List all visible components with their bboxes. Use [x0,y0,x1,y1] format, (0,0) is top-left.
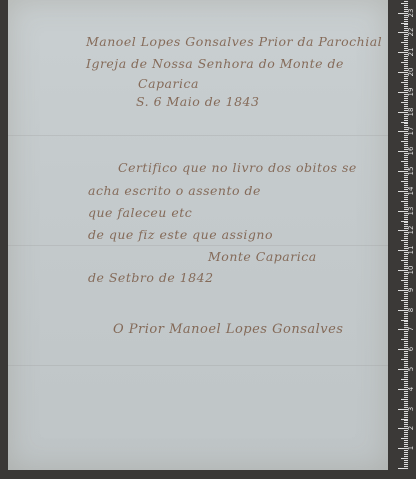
ruler-tick [398,468,408,469]
ruler-tick [404,58,408,59]
ruler-tick [404,361,408,362]
ruler-label: 9 [407,285,415,295]
ruler-tick [404,395,408,396]
ruler-tick [401,399,408,400]
ruler-tick [404,466,408,467]
ruler-tick [401,320,408,321]
ruler-label: 2 [407,423,415,433]
ruler-label: 17 [407,126,415,136]
ruler-tick [401,300,408,301]
ruler-tick [401,102,408,103]
ruler-tick [404,44,408,45]
ruler-label: 4 [407,384,415,394]
ruler-label: 8 [407,305,415,315]
ruler-tick [404,357,408,358]
ruler-tick [401,3,408,4]
ruler-label: 3 [407,404,415,414]
ruler-tick [401,181,408,182]
ruler-tick [404,298,408,299]
ruler-tick [404,316,408,317]
ruler-label: 11 [407,245,415,255]
ruler-label: 1 [407,443,415,453]
ruler-label: 13 [407,206,415,216]
body-line: Monte Caparica [208,249,317,264]
ruler-tick [404,64,408,65]
ruler-tick [404,104,408,105]
ruler-tick [404,397,408,398]
ruler-tick [404,197,408,198]
ruler-tick [404,120,408,121]
ruler-label: 5 [407,364,415,374]
ruler-tick [404,98,408,99]
body-line: acha escrito o assento de [88,183,261,198]
ruler-tick [404,282,408,283]
ruler-tick [404,462,408,463]
header-line: Igreja de Nossa Senhora do Monte de [86,56,344,71]
ruler-tick [401,23,408,24]
ruler-tick [401,161,408,162]
ruler-label: 20 [407,67,415,77]
ruler-label: 19 [407,87,415,97]
ruler-tick [401,339,408,340]
ruler-tick [404,242,408,243]
body-line: de Setbro de 1842 [88,270,214,285]
ruler-label: 21 [407,47,415,57]
ruler-label: 15 [407,166,415,176]
ruler-tick [401,260,408,261]
ruler-tick [404,238,408,239]
ruler-label: 10 [407,265,415,275]
ruler-tick [404,401,408,402]
ruler-tick [404,19,408,20]
ruler-tick [404,84,408,85]
fold-line [8,135,388,136]
ruler-label: 14 [407,186,415,196]
ruler-tick [401,458,408,459]
signature: O Prior Manoel Lopes Gonsalves [113,322,343,337]
ruler-tick [404,217,408,218]
ruler-tick [404,222,408,223]
ruler-tick [404,219,408,220]
ruler-tick [404,341,408,342]
ruler-tick [404,177,408,178]
ruler-tick [401,201,408,202]
ruler-tick [404,318,408,319]
ruler-tick [404,262,408,263]
ruler-tick [404,420,408,421]
ruler-tick [404,296,408,297]
ruler-label: 18 [407,107,415,117]
ruler-tick [401,82,408,83]
ruler-tick [404,258,408,259]
ruler-tick [401,438,408,439]
ruler-tick [401,62,408,63]
ruler-tick [404,100,408,101]
ruler-tick [404,434,408,435]
header-line: Manoel Lopes Gonsalves Prior da Parochia… [86,34,382,49]
ruler-tick [404,137,408,138]
body-line: de que fiz este que assigno [88,227,273,242]
ruler-label: 22 [407,27,415,37]
ruler-tick [404,118,408,119]
ruler-tick [404,276,408,277]
ruler-tick [401,280,408,281]
ruler-tick [404,417,408,418]
manuscript-page: Manoel Lopes Gonsalves Prior da Parochia… [8,0,388,470]
ruler-tick [404,159,408,160]
ruler-tick [404,236,408,237]
header-line: Caparica [138,76,199,91]
ruler-tick [404,139,408,140]
ruler-tick [404,183,408,184]
ruler-tick [404,375,408,376]
body-line: que faleceu etc [88,205,192,220]
ruler-tick [404,78,408,79]
fold-line [8,245,388,246]
ruler-tick [404,321,408,322]
ruler-tick [404,38,408,39]
ruler-tick [404,456,408,457]
ruler-label: 12 [407,225,415,235]
ruler-label: 6 [407,344,415,354]
ruler-label: 23 [407,8,415,18]
ruler-tick [401,141,408,142]
ruler-tick [404,157,408,158]
ruler-tick [404,302,408,303]
measurement-ruler: 1234567891011121314151617181920212223 [390,0,416,479]
ruler-tick [404,337,408,338]
ruler-tick [404,60,408,61]
ruler-tick [404,278,408,279]
ruler-tick [404,335,408,336]
ruler-tick [404,415,408,416]
ruler-tick [404,464,408,465]
ruler-tick [404,1,408,2]
ruler-tick [404,199,408,200]
ruler-tick [401,240,408,241]
ruler-tick [404,436,408,437]
ruler-tick [404,460,408,461]
ruler-tick [401,359,408,360]
ruler-tick [404,377,408,378]
fold-line [8,365,388,366]
ruler-tick [404,355,408,356]
ruler-tick [404,5,408,6]
date-line: S. 6 Maio de 1843 [136,94,259,109]
ruler-tick [404,40,408,41]
ruler-tick [404,381,408,382]
ruler-tick [404,454,408,455]
ruler-tick [401,221,408,222]
ruler-tick [404,440,408,441]
ruler-tick [401,419,408,420]
ruler-tick [404,80,408,81]
ruler-tick [404,256,408,257]
ruler-tick [404,179,408,180]
ruler-tick [404,143,408,144]
ruler-label: 7 [407,324,415,334]
ruler-tick [404,203,408,204]
ruler-tick [404,21,408,22]
ruler-tick [404,163,408,164]
body-line: Certifico que no livro dos obitos se [118,160,357,175]
ruler-tick [401,379,408,380]
ruler-label: 16 [407,146,415,156]
ruler-tick [404,123,408,124]
ruler-tick [401,122,408,123]
ruler-tick [404,24,408,25]
ruler-tick [401,42,408,43]
